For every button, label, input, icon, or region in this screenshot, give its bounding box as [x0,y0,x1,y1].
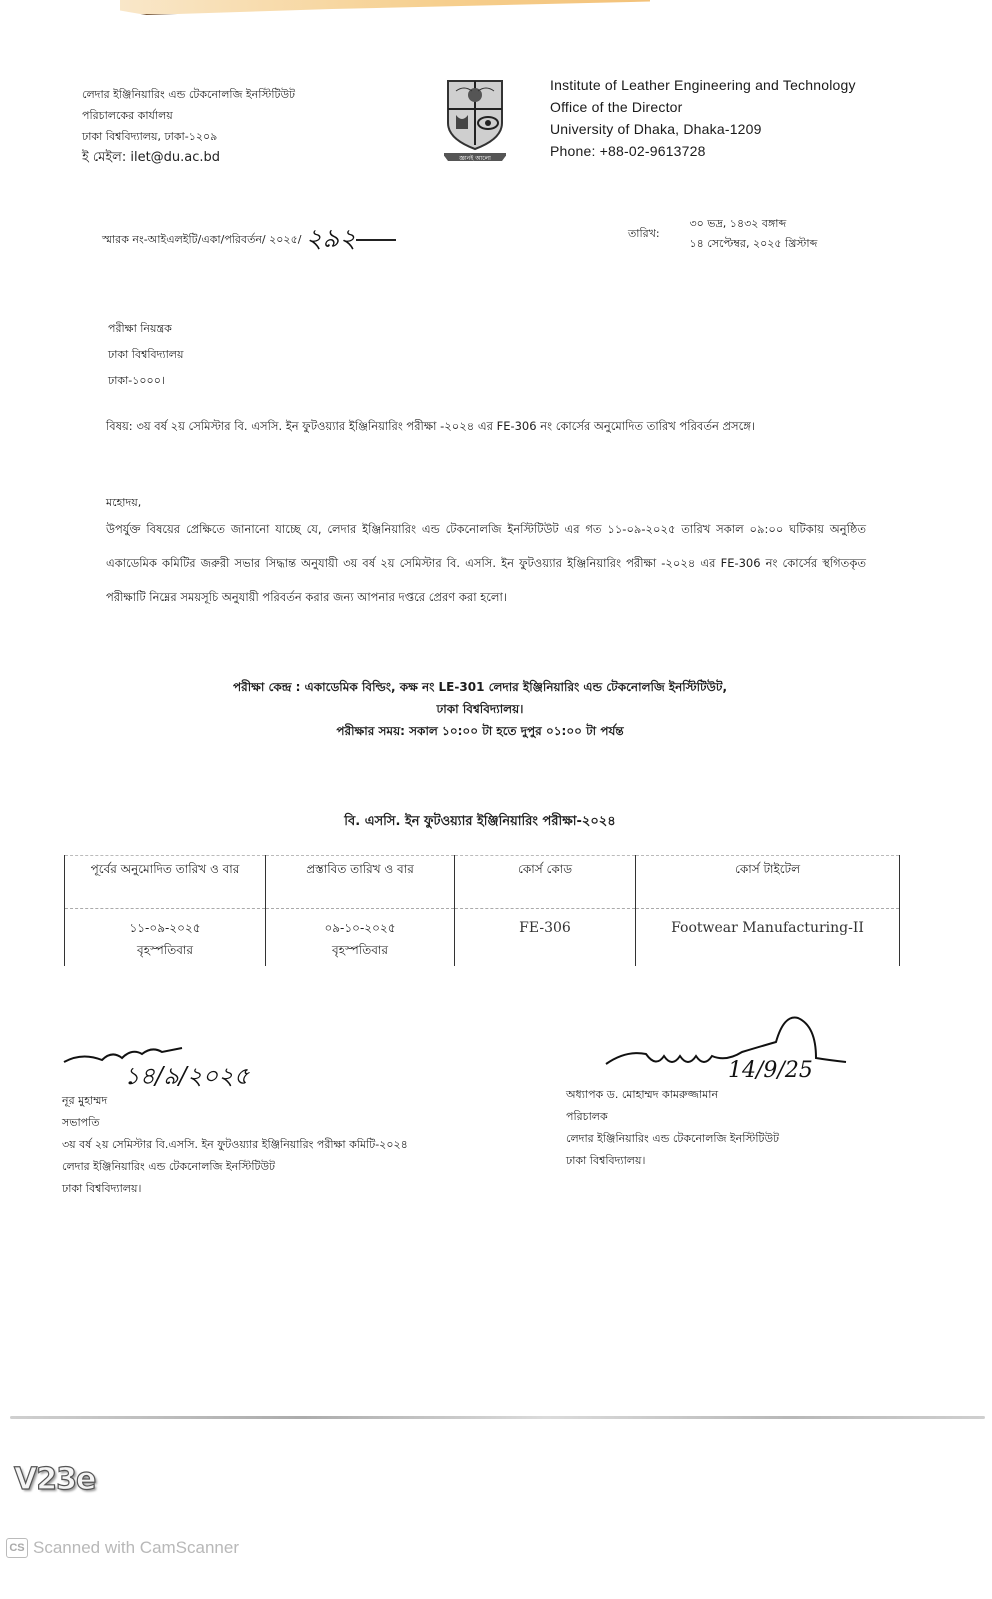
column-header: কোর্স কোড [455,856,636,909]
course-code: FE-306 [455,909,636,967]
letterhead-bangla: লেদার ইঞ্জিনিয়ারিং এন্ড টেকনোলজি ইনস্টি… [82,84,295,168]
folded-paper-corner [120,0,650,15]
office-name: Office of the Director [550,96,856,118]
signatory-role: সভাপতি [62,1112,408,1134]
signatory-committee: ৩য় বর্ষ ২য় সেমিস্টার বি.এসসি. ইন ফুটওয… [62,1134,408,1156]
date-block: তারিখ: ৩০ ভদ্র, ১৪৩২ বঙ্গাব্দ ১৪ সেপ্টেম… [628,214,817,254]
schedule-table: পূর্বের অনুমোদিত তারিখ ও বার প্রস্তাবিত … [64,855,900,966]
letterhead-email: ই মেইল: ilet@du.ac.bd [82,147,295,168]
letterhead-bangla-line: লেদার ইঞ্জিনিয়ারিং এন্ড টেকনোলজি ইনস্টি… [82,84,295,105]
date-bangla-calendar: ৩০ ভদ্র, ১৪৩২ বঙ্গাব্দ [690,214,818,234]
memo-reference: স্মারক নং-আইএলইটি/একা/পরিবর্তন/ ২০২৫/২৯২ [102,218,396,262]
device-watermark: V23e [14,1462,95,1497]
camscanner-icon: CS [6,1538,28,1558]
signatory-university: ঢাকা বিশ্ববিদ্যালয়। [566,1150,856,1172]
date-gregorian: ১৪ সেপ্টেম্বর, ২০২৫ খ্রিস্টাব্দ [690,234,818,254]
signature-date: 14/9/25 [728,1058,813,1083]
signature-right: 14/9/25 অধ্যাপক ড. মোহাম্মদ কামরুজ্জামান… [566,1012,856,1172]
signatory-institute: লেদার ইঞ্জিনিয়ারিং এন্ড টেকনোলজি ইনস্টি… [62,1156,408,1178]
memo-handwritten-number: ২৯২ [305,224,356,254]
new-date: ০৯-১০-২০২৫ [267,917,453,939]
scanner-footer: CS Scanned with CamScanner [6,1538,239,1558]
signature-left: ১৪/৯/২০২৫ নূর মুহাম্মদ সভাপতি ৩য় বর্ষ ২… [62,1040,408,1200]
column-header: পূর্বের অনুমোদিত তারিখ ও বার [65,856,266,909]
university-crest-icon: জ্ঞানই আলো [444,79,506,165]
letterhead-english: Institute of Leather Engineering and Tec… [550,74,856,162]
signatory-role: পরিচালক [566,1106,856,1128]
recipient-line: ঢাকা-১০০০। [108,368,183,394]
exam-time: পরীক্ষার সময়: সকাল ১০:০০ টা হতে দুপুর ০… [180,720,780,742]
recipient-line: ঢাকা বিশ্ববিদ্যালয় [108,342,183,368]
recipient-address: পরীক্ষা নিয়ন্ত্রক ঢাকা বিশ্ববিদ্যালয় ঢ… [108,316,183,394]
prev-date: ১১-০৯-২০২৫ [66,917,264,939]
letterhead-bangla-line: পরিচালকের কার্যালয় [82,105,295,126]
signatory-institute: লেদার ইঞ্জিনিয়ারিং এন্ড টেকনোলজি ইনস্টি… [566,1128,856,1150]
institute-name: Institute of Leather Engineering and Tec… [550,74,856,96]
prev-day: বৃহস্পতিবার [66,939,264,961]
column-header: কোর্স টাইটেল [636,856,900,909]
new-day: বৃহস্পতিবার [267,939,453,961]
memo-underline [356,239,396,241]
signatory-university: ঢাকা বিশ্ববিদ্যালয়। [62,1178,408,1200]
exam-centre-line: পরীক্ষা কেন্দ্র : একাডেমিক বিল্ডিং, কক্ষ… [180,676,780,698]
prev-date-cell: ১১-০৯-২০২৫ বৃহস্পতিবার [65,909,266,967]
signatory-name: অধ্যাপক ড. মোহাম্মদ কামরুজ্জামান [566,1084,856,1106]
body-paragraph: উপর্যুক্ত বিষয়ের প্রেক্ষিতে জানানো যাচ্… [106,512,866,614]
memo-prefix: স্মারক নং-আইএলইটি/একা/পরিবর্তন/ ২০২৫/ [102,233,301,246]
recipient-line: পরীক্ষা নিয়ন্ত্রক [108,316,183,342]
date-label: তারিখ: [628,214,686,244]
scanner-footer-text: Scanned with CamScanner [33,1538,239,1558]
paper-edge-line [10,1416,985,1419]
course-title: Footwear Manufacturing-II [636,909,900,967]
column-header: প্রস্তাবিত তারিখ ও বার [266,856,455,909]
table-header-row: পূর্বের অনুমোদিত তারিখ ও বার প্রস্তাবিত … [65,856,900,909]
signature-date: ১৪/৯/২০২৫ [124,1058,249,1098]
subject-line: বিষয়: ৩য় বর্ষ ২য় সেমিস্টার বি. এসসি. … [106,412,866,440]
exam-centre-info: পরীক্ষা কেন্দ্র : একাডেমিক বিল্ডিং, কক্ষ… [180,676,780,742]
new-date-cell: ০৯-১০-২০২৫ বৃহস্পতিবার [266,909,455,967]
table-row: ১১-০৯-২০২৫ বৃহস্পতিবার ০৯-১০-২০২৫ বৃহস্প… [65,909,900,967]
phone-number: Phone: +88-02-9613728 [550,140,856,162]
salutation: মহোদয়, [106,494,141,513]
svg-text:জ্ঞানই আলো: জ্ঞানই আলো [458,155,491,162]
schedule-title: বি. এসসি. ইন ফুটওয়্যার ইঞ্জিনিয়ারিং পর… [200,812,760,833]
exam-centre-line: ঢাকা বিশ্ববিদ্যালয়। [180,698,780,720]
university-address: University of Dhaka, Dhaka-1209 [550,118,856,140]
letterhead-bangla-line: ঢাকা বিশ্ববিদ্যালয়, ঢাকা-১২০৯ [82,126,295,147]
